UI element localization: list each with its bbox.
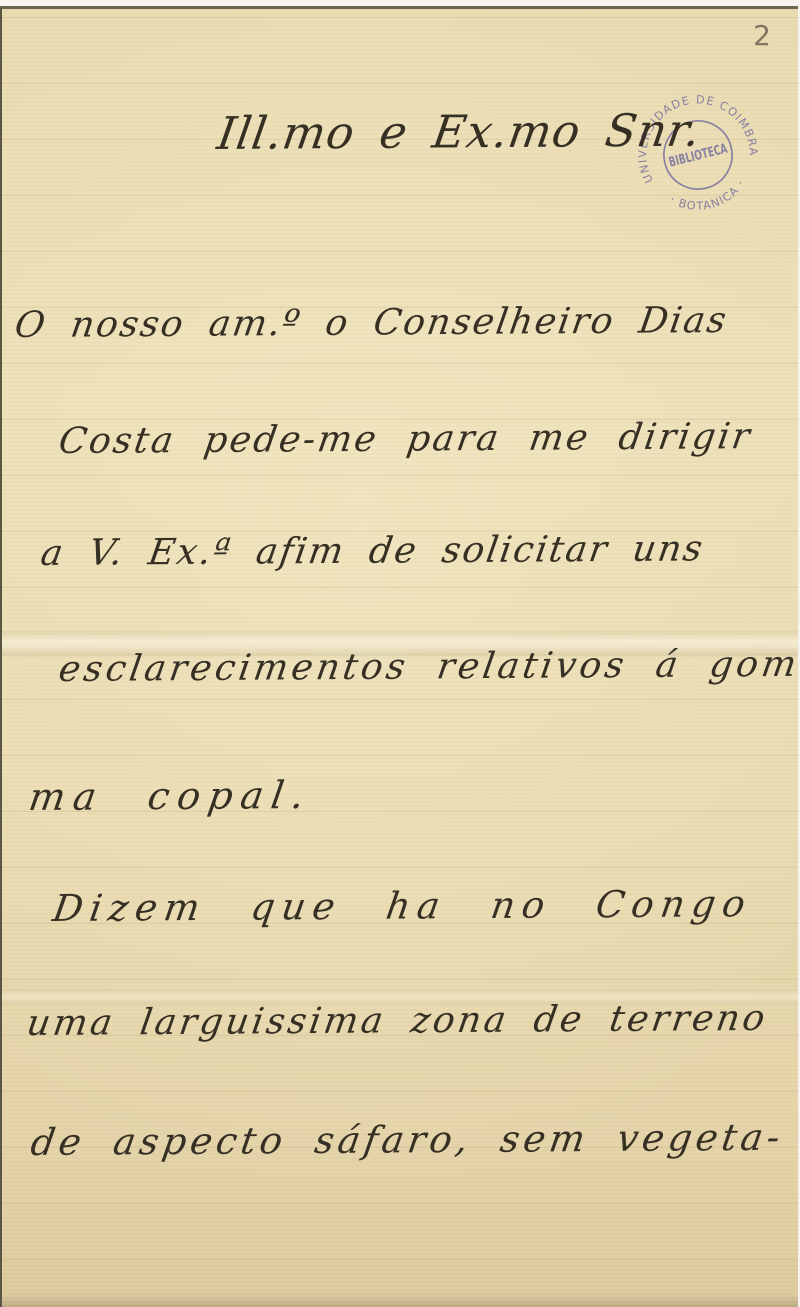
letter-line: ma copal. [26, 773, 315, 819]
page-number: 2 [742, 19, 782, 52]
scanned-letter-page: 2 UNIVERSIDADE DE COIMBRA · BOTANICA · B… [0, 0, 800, 1307]
letter-line: de aspecto sáfaro, sem vegeta- [28, 1116, 787, 1164]
letter-salutation: Ill.mo e Ex.mo Snr. [214, 104, 705, 160]
paper-sheet: 2 UNIVERSIDADE DE COIMBRA · BOTANICA · B… [0, 6, 798, 1307]
letter-line: uma larguissima zona de terreno [24, 998, 771, 1044]
letter-line: O nosso am.º o Conselheiro Dias [12, 300, 731, 346]
letter-line: esclarecimentos relativos á gom- [56, 644, 800, 690]
letter-line: Dizem que ha no Congo [50, 882, 755, 930]
letter-line: Costa pede-me para me dirigir [56, 416, 755, 462]
letter-line: a V. Ex.ª afim de solicitar uns [38, 528, 707, 574]
